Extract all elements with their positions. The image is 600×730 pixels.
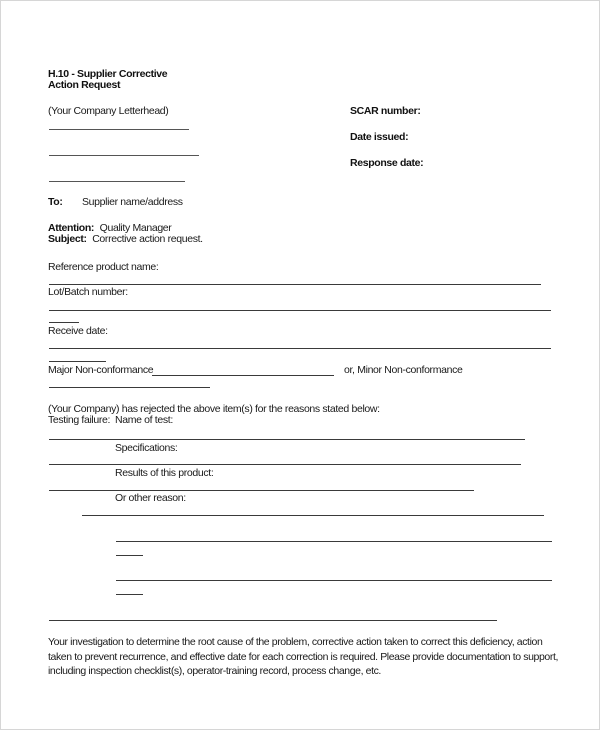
date-issued-label: Date issued: (350, 131, 408, 143)
other-reason-line-3[interactable] (116, 580, 552, 581)
reference-product-label: Reference product name: (48, 261, 158, 273)
subject-row: Subject: Corrective action request. (48, 233, 203, 245)
lot-batch-line-cont[interactable] (49, 322, 79, 323)
receive-date-line-cont[interactable] (49, 361, 106, 362)
to-value: Supplier name/address (82, 196, 183, 208)
specifications-line[interactable] (49, 464, 521, 465)
major-nonconformance-line[interactable] (152, 375, 334, 376)
other-reason-line-2[interactable] (116, 541, 552, 542)
closing-paragraph: Your investigation to determine the root… (48, 635, 568, 679)
receive-date-line[interactable] (49, 348, 551, 349)
other-reason-line-2-cont[interactable] (116, 555, 143, 556)
receive-date-label: Receive date: (48, 325, 108, 337)
name-of-test-line[interactable] (49, 439, 525, 440)
document-page: H.10 - Supplier Corrective Action Reques… (0, 0, 600, 730)
minor-nonconformance-label: or, Minor Non-conformance (344, 364, 462, 376)
other-reason-label: Or other reason: (115, 492, 186, 504)
section-divider-line (49, 620, 497, 621)
results-line[interactable] (49, 490, 474, 491)
minor-nonconformance-line[interactable] (49, 387, 210, 388)
major-nonconformance-label: Major Non-conformance (48, 364, 153, 376)
document-title-line2: Action Request (48, 79, 120, 91)
letterhead-placeholder: (Your Company Letterhead) (48, 105, 168, 117)
subject-value: Corrective action request. (92, 233, 203, 245)
testing-failure-label: Testing failure: (48, 414, 110, 426)
lot-batch-label: Lot/Batch number: (48, 286, 128, 298)
lot-batch-line[interactable] (49, 310, 551, 311)
specifications-label: Specifications: (115, 442, 177, 454)
letterhead-line-1[interactable] (49, 129, 189, 130)
response-date-label: Response date: (350, 157, 423, 169)
letterhead-line-2[interactable] (49, 155, 199, 156)
reference-product-line[interactable] (49, 284, 541, 285)
name-of-test-label: Name of test: (115, 414, 173, 426)
other-reason-line-1[interactable] (82, 515, 544, 516)
other-reason-line-3-cont[interactable] (116, 594, 143, 595)
to-label: To: (48, 196, 63, 208)
results-label: Results of this product: (115, 467, 213, 479)
subject-label: Subject: (48, 233, 87, 245)
letterhead-line-3[interactable] (49, 181, 185, 182)
scar-number-label: SCAR number: (350, 105, 420, 117)
